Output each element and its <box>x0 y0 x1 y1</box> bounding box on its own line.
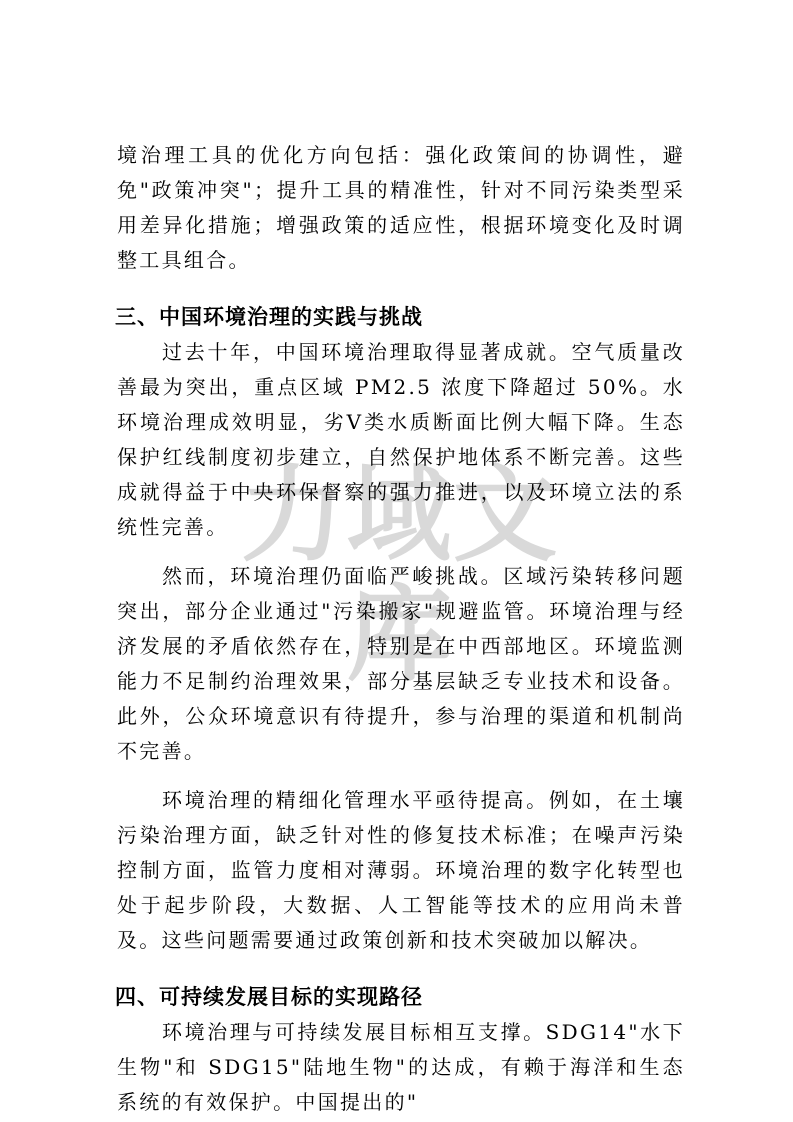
document-body: 境治理工具的优化方向包括：强化政策间的协调性，避免"政策冲突"；提升工具的精准性… <box>117 138 685 1120</box>
section-heading-3: 三、中国环境治理的实践与挑战 <box>115 300 685 335</box>
paragraph: 然而，环境治理仍面临严峻挑战。区域污染转移问题突出，部分企业通过"污染搬家"规避… <box>117 559 685 769</box>
spacer <box>117 769 685 783</box>
spacer <box>117 545 685 559</box>
paragraph: 环境治理与可持续发展目标相互支撑。SDG14"水下生物"和 SDG15"陆地生物… <box>117 1015 685 1120</box>
section-heading-4: 四、可持续发展目标的实现路径 <box>115 980 685 1015</box>
spacer <box>117 278 685 300</box>
paragraph: 过去十年，中国环境治理取得显著成就。空气质量改善最为突出，重点区域 PM2.5 … <box>117 335 685 545</box>
paragraph-continuation: 境治理工具的优化方向包括：强化政策间的协调性，避免"政策冲突"；提升工具的精准性… <box>117 138 685 278</box>
document-page: 力域文库 境治理工具的优化方向包括：强化政策间的协调性，避免"政策冲突"；提升工… <box>0 0 793 1122</box>
paragraph: 环境治理的精细化管理水平亟待提高。例如，在土壤污染治理方面，缺乏针对性的修复技术… <box>117 783 685 958</box>
spacer <box>117 958 685 980</box>
